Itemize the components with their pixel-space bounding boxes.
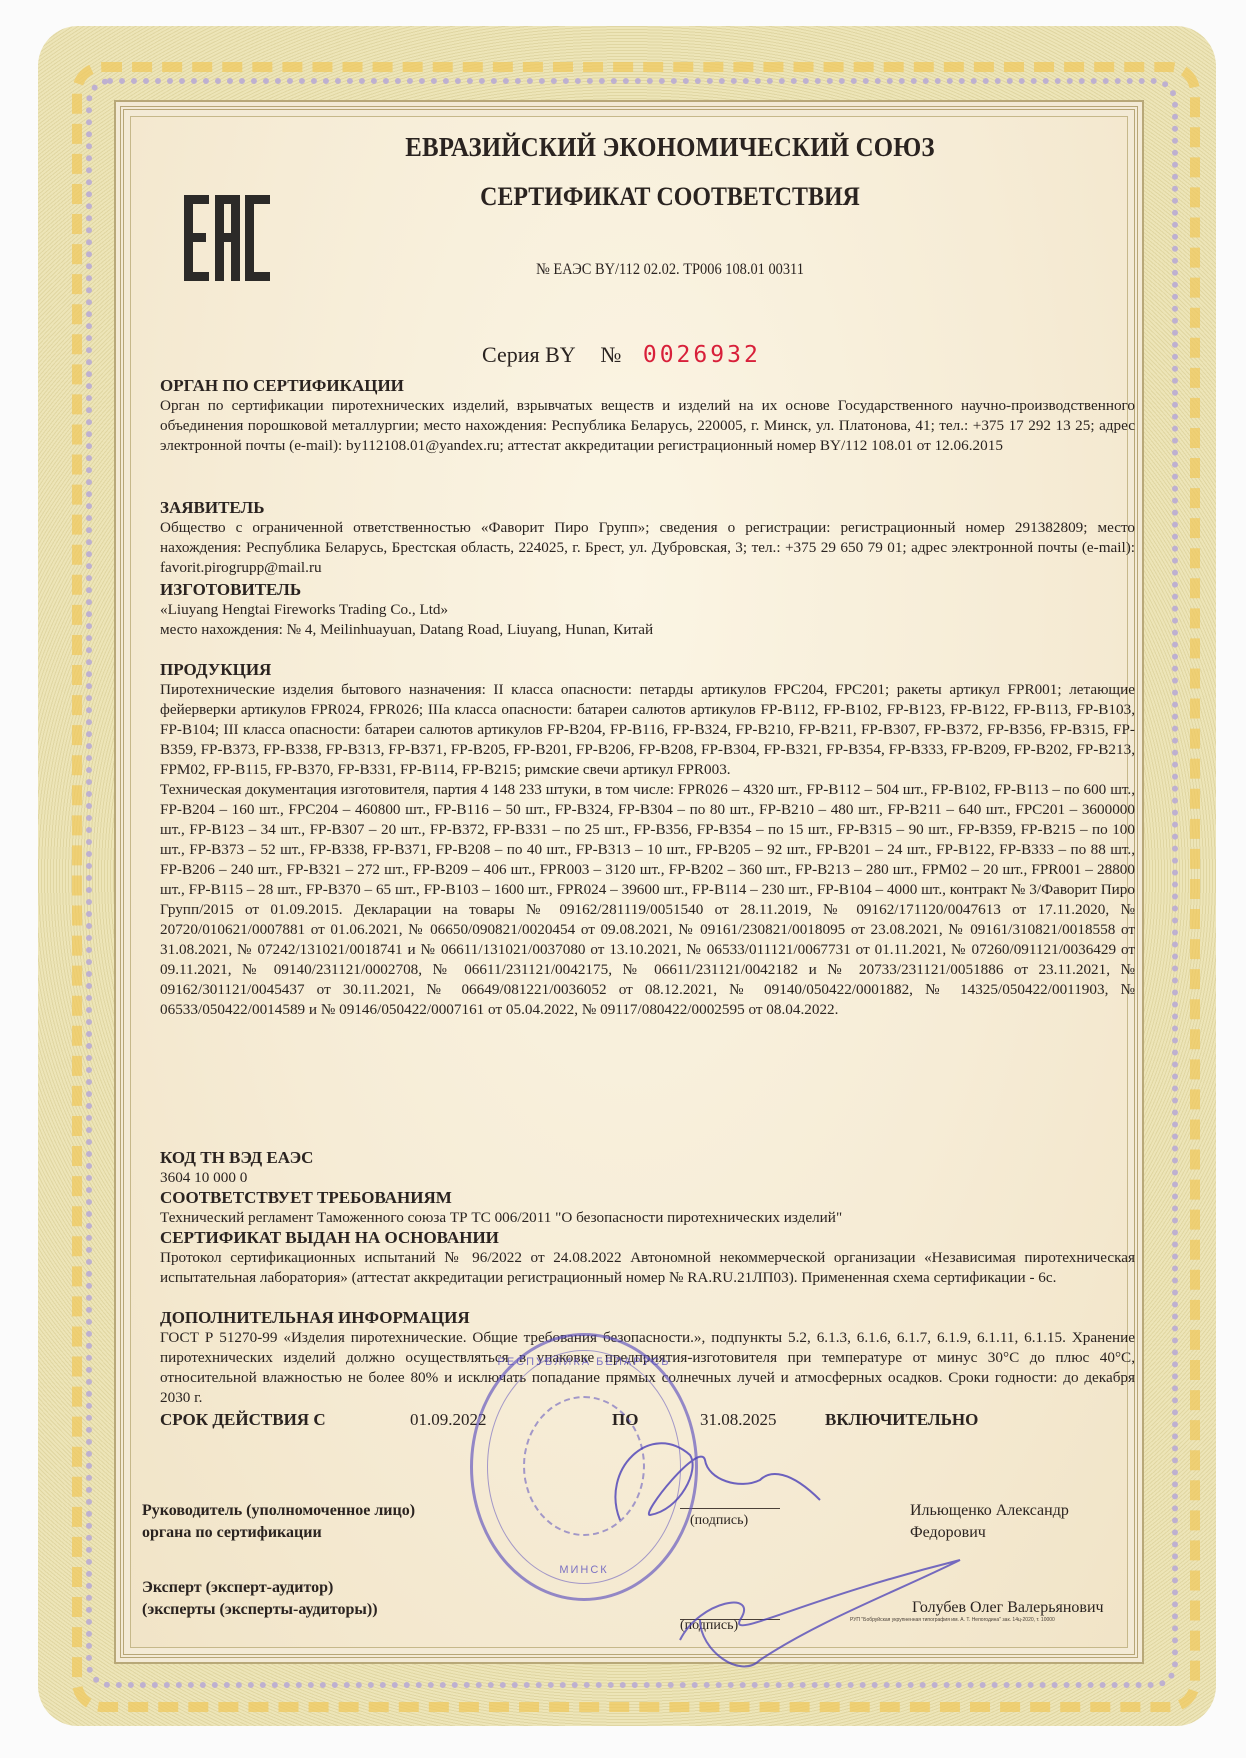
expert-signature-caption: (подпись): [680, 1618, 738, 1634]
section-heading: КОД ТН ВЭД ЕАЭС: [160, 1148, 1135, 1168]
section-hs-code: КОД ТН ВЭД ЕАЭС 3604 10 000 0: [160, 1148, 1135, 1188]
manufacturer-address: место нахождения: № 4, Meilinhuayuan, Da…: [160, 620, 1135, 640]
expert-name: Голубев Олег Валерьянович: [912, 1597, 1104, 1619]
section-heading: СООТВЕТСТВУЕТ ТРЕБОВАНИЯМ: [160, 1188, 1135, 1208]
validity-suffix: ВКЛЮЧИТЕЛЬНО: [825, 1410, 978, 1430]
products-list: Пиротехнические изделия бытового назначе…: [160, 680, 1135, 780]
section-heading: ОРГАН ПО СЕРТИФИКАЦИИ: [160, 376, 1135, 396]
validity-to-date: 31.08.2025: [700, 1410, 777, 1430]
validity-from-label: СРОК ДЕЙСТВИЯ С: [160, 1410, 326, 1430]
section-heading: СЕРТИФИКАТ ВЫДАН НА ОСНОВАНИИ: [160, 1228, 1135, 1248]
section-issued-on-basis: СЕРТИФИКАТ ВЫДАН НА ОСНОВАНИИ Протокол с…: [160, 1228, 1135, 1288]
expert-role: Эксперт (эксперт-аудитор) (эксперты (экс…: [142, 1577, 378, 1621]
series-label: Серия BY: [482, 342, 575, 367]
manufacturer-name: «Liuyang Hengtai Fireworks Trading Co., …: [160, 600, 1135, 620]
head-signature-caption: (подпись): [690, 1513, 748, 1529]
section-certification-body: ОРГАН ПО СЕРТИФИКАЦИИ Орган по сертифика…: [160, 376, 1135, 456]
head-role: Руководитель (уполномоченное лицо) орган…: [142, 1500, 415, 1544]
official-seal-icon: РЕСПУБЛИКА БЕЛАРУСЬ МИНСК: [470, 1333, 698, 1601]
section-complies-with: СООТВЕТСТВУЕТ ТРЕБОВАНИЯМ Технический ре…: [160, 1188, 1135, 1228]
section-heading: ДОПОЛНИТЕЛЬНАЯ ИНФОРМАЦИЯ: [160, 1308, 1135, 1328]
section-text: Технический регламент Таможенного союза …: [160, 1208, 1135, 1228]
section-manufacturer: ИЗГОТОВИТЕЛЬ «Liuyang Hengtai Fireworks …: [160, 580, 1135, 640]
seal-text-bottom: МИНСК: [473, 1564, 695, 1576]
section-text: Орган по сертификации пиротехнических из…: [160, 396, 1135, 456]
number-sign: №: [600, 342, 621, 367]
head-name: Ильющенко Александр Федорович: [910, 1500, 1069, 1544]
section-text: Протокол сертификационных испытаний № 96…: [160, 1248, 1135, 1288]
coat-of-arms-icon: [523, 1396, 645, 1536]
series-line: Серия BY № 0026932: [482, 342, 761, 368]
union-title: ЕВРАЗИЙСКИЙ ЭКОНОМИЧЕСКИЙ СОЮЗ: [192, 132, 1149, 163]
seal-text-top: РЕСПУБЛИКА БЕЛАРУСЬ: [473, 1356, 695, 1368]
technical-documentation: Техническая документация изготовителя, п…: [160, 780, 1135, 1020]
series-number: 0026932: [643, 342, 761, 368]
head-signature-line: [680, 1508, 780, 1509]
section-heading: ЗАЯВИТЕЛЬ: [160, 498, 1135, 518]
section-heading: ИЗГОТОВИТЕЛЬ: [160, 580, 1135, 600]
document-title: СЕРТИФИКАТ СООТВЕТСТВИЯ: [192, 182, 1149, 212]
certificate-number: № ЕАЭС BY/112 02.02. ТР006 108.01 00311: [202, 261, 1138, 279]
hs-code-value: 3604 10 000 0: [160, 1168, 1135, 1188]
section-text: Общество с ограниченной ответственностью…: [160, 518, 1135, 578]
section-products: ПРОДУКЦИЯ Пиротехнические изделия бытово…: [160, 660, 1135, 1020]
section-applicant: ЗАЯВИТЕЛЬ Общество с ограниченной ответс…: [160, 498, 1135, 578]
section-heading: ПРОДУКЦИЯ: [160, 660, 1135, 680]
printer-note: РУП "Бобруйская укрупненная типография и…: [850, 1617, 1055, 1623]
